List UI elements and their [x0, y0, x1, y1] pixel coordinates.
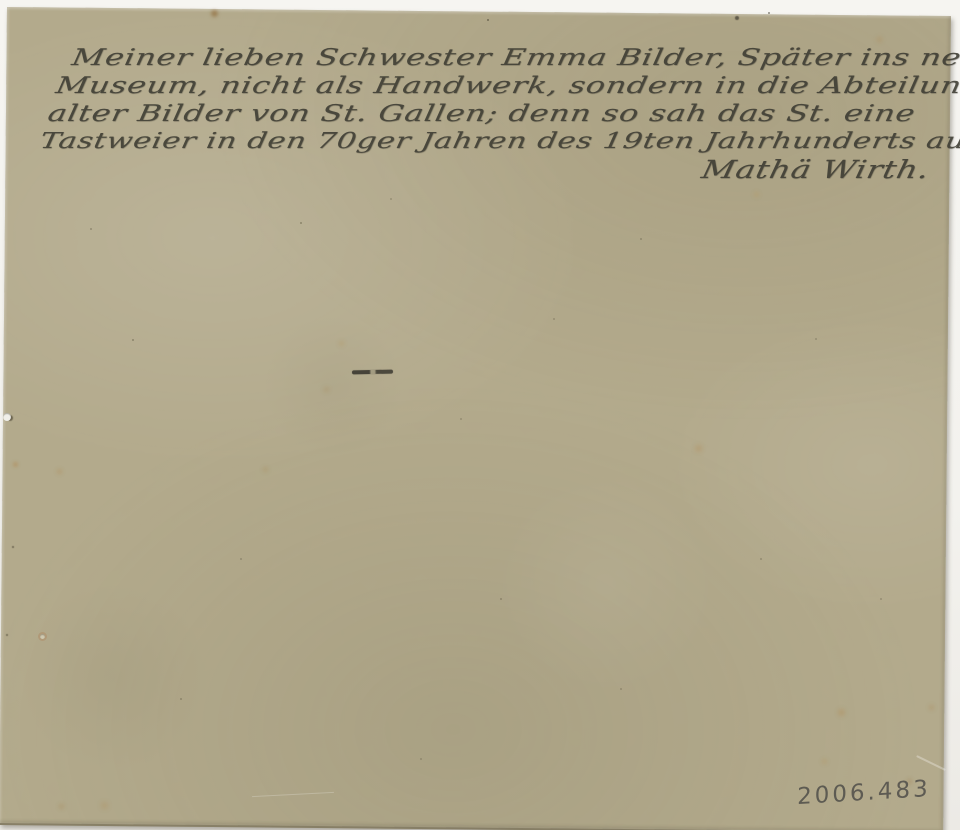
inscription-line: alter Bilder von St. Gallen; denn so sah…	[46, 100, 918, 128]
scan-background: Meiner lieben Schwester Emma Bilder, Spä…	[0, 0, 960, 830]
inscription-line: Meiner lieben Schwester Emma Bilder, Spä…	[70, 44, 960, 72]
ink-smudge	[352, 370, 393, 375]
pin-hole-lower	[38, 632, 47, 641]
paper-speckles	[0, 0, 2, 2]
inscription-line: Tastweier in den 70ger Jahren des 19ten …	[38, 128, 960, 156]
inscription-line: Museum, nicht als Handwerk, sondern in d…	[54, 72, 960, 100]
inscription-signature: Mathä Wirth.	[699, 156, 932, 184]
pin-hole-upper	[3, 413, 11, 421]
